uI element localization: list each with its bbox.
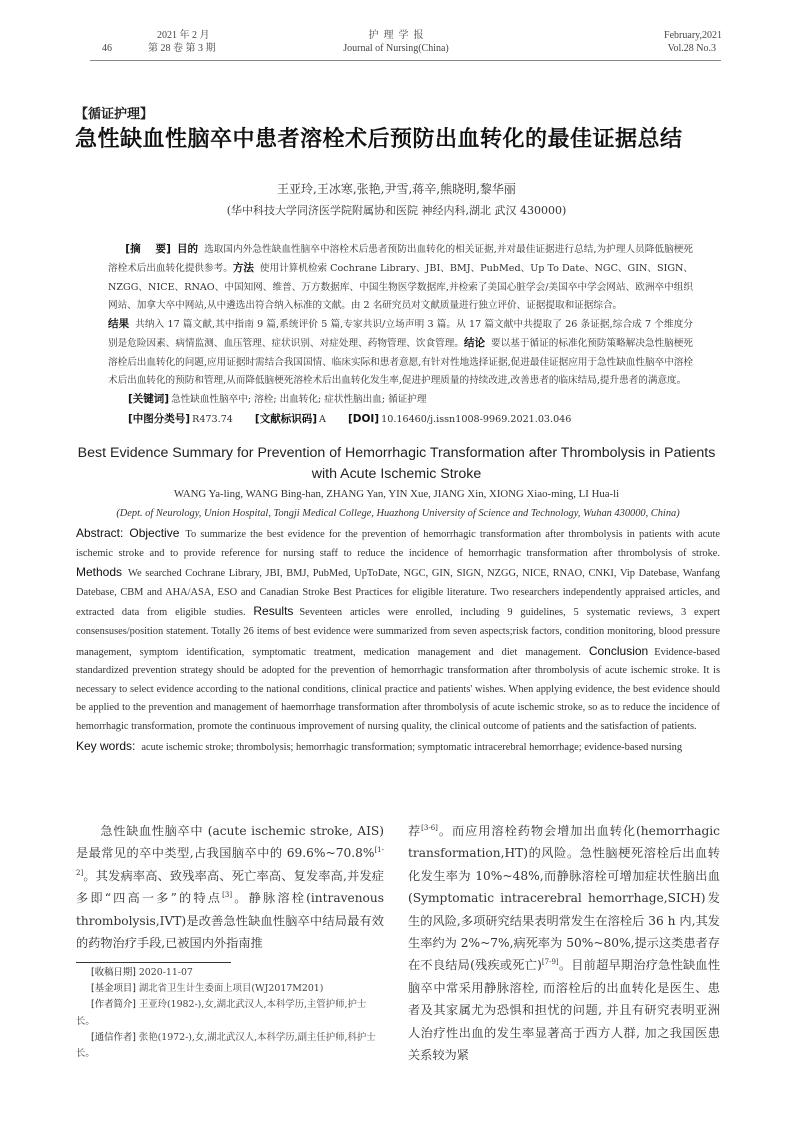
abstract-cn: [摘 要]目的选取国内外急性缺血性脑卒中溶栓术后患者预防出血转化的相关证据,并对… [108,240,693,429]
header-volume-en: Vol.28 No.3 [600,42,716,56]
doc-code-value: A [319,414,326,425]
abstract-cn-body: [摘 要]目的选取国内外急性缺血性脑卒中溶栓术后患者预防出血转化的相关证据,并对… [108,240,693,315]
classification-line: [中图分类号]R473.74[文献标识码]A[DOI]10.16460/j.is… [108,410,693,429]
footnote-divider [76,962,231,963]
article-title-cn: 急性缺血性脑卒中患者溶栓术后预防出血转化的最佳证据总结 [75,122,725,153]
affiliation-cn: (华中科技大学同济医学院附属协和医院 神经内科,湖北 武汉 430000) [0,202,793,218]
authors-en: WANG Ya-ling, WANG Bing-han, ZHANG Yan, … [0,488,793,500]
citation[interactable]: [3] [222,891,232,899]
footnotes: [收稿日期] 2020-11-07 [基金项目] 湖北省卫生计生委面上项目(WJ… [76,965,384,1062]
header-divider [90,60,721,61]
footnote-label: [作者简介] [91,999,136,1010]
conclusion-en-label: Conclusion [589,644,648,658]
objective-label: 目的 [177,243,198,255]
footnote-corresponding: [通信作者] 张艳(1972-),女,湖北武汉人,本科学历,副主任护师,科护士长… [76,1030,384,1062]
methods-en-label: Methods [76,565,122,579]
body-column-left: 急性缺血性脑卒中 (acute ischemic stroke, AIS)是最常… [76,820,384,954]
citation[interactable]: [7-9] [542,958,559,966]
body-text: 急性缺血性脑卒中 (acute ischemic stroke, AIS)是最常… [76,824,384,860]
header-journal-en: Journal of Nursing(China) [296,42,496,56]
conclusion-en-text: Evidence-based standardized prevention s… [76,647,720,732]
abstract-en-label: Abstract: [76,526,123,540]
header-date-en: February,2021 [600,29,722,43]
conclusion-label: 结论 [464,337,485,349]
objective-en-label: Objective [129,526,179,540]
article-title-en: Best Evidence Summary for Prevention of … [70,443,723,485]
authors-cn: 王亚玲,王冰寒,张艳,尹雪,蒋辛,熊晓明,黎华丽 [0,180,793,197]
results-label: 结果 [108,318,129,330]
citation[interactable]: [3-6] [421,824,438,832]
abstract-en: Abstract:ObjectiveTo summarize the best … [76,524,720,757]
header-date-cn: 2021 年 2 月 [157,29,210,43]
doi-label: [DOI] [348,413,379,425]
doc-code-label: [文献标识码] [255,413,317,425]
keywords-text: 急性缺血性脑卒中; 溶栓; 出血转化; 症状性脑出血; 循证护理 [171,394,426,405]
footnote-funding: [基金项目] 湖北省卫生计生委面上项目(WJ2017M201) [76,981,384,997]
keywords-en-label: Key words: [76,739,135,753]
body-paragraph: 荐[3-6]。而应用溶栓药物会增加出血转化(hemorrhagic transf… [408,820,720,1066]
header-page-number: 46 [102,42,112,56]
methods-label: 方法 [233,262,254,274]
doi-value[interactable]: 10.16460/j.issn1008-9969.2021.03.046 [381,414,571,425]
section-tag: 【循证护理】 [75,103,153,122]
abstract-en-body: Abstract:ObjectiveTo summarize the best … [76,524,720,737]
keywords-en-text: acute ischemic stroke; thrombolysis; hem… [141,742,682,753]
body-column-right: 荐[3-6]。而应用溶栓药物会增加出血转化(hemorrhagic transf… [408,820,720,1066]
results-en-label: Results [253,604,293,618]
abstract-label: [摘 要] [125,243,171,255]
keywords-en: Key words:acute ischemic stroke; thrombo… [76,737,720,758]
body-text: 。目前超早期治疗急性缺血性脑卒中常采用静脉溶栓, 而溶栓后的出血转化是医生、患者… [408,958,720,1062]
body-text: 荐 [408,824,421,838]
header-journal-cn: 护 理 学 报 [296,29,496,43]
footnote-text: 2020-11-07 [136,967,193,978]
footnote-label: [基金项目] [91,983,136,994]
header-volume-cn: 第 28 卷 第 3 期 [148,42,216,56]
body-paragraph: 急性缺血性脑卒中 (acute ischemic stroke, AIS)是最常… [76,820,384,954]
footnote-label: [通信作者] [91,1032,136,1043]
keywords-label: [关键词] [128,393,169,405]
affiliation-en: (Dept. of Neurology, Union Hospital, Ton… [72,508,724,519]
footnote-author-bio: [作者简介] 王亚玲(1982-),女,湖北武汉人,本科学历,主管护师,护士长。 [76,997,384,1029]
body-text: 。而应用溶栓药物会增加出血转化(hemorrhagic transformati… [408,824,720,972]
clc-value: R473.74 [192,414,233,425]
footnote-text: 湖北省卫生计生委面上项目(WJ2017M201) [136,983,324,994]
keywords-cn: [关键词]急性缺血性脑卒中; 溶栓; 出血转化; 症状性脑出血; 循证护理 [108,390,693,409]
footnote-received: [收稿日期] 2020-11-07 [76,965,384,981]
clc-label: [中图分类号] [128,413,190,425]
abstract-cn-results: 结果共纳入 17 篇文献,其中指南 9 篇,系统评价 5 篇,专家共识/立场声明… [108,315,693,390]
footnote-label: [收稿日期] [91,967,136,978]
